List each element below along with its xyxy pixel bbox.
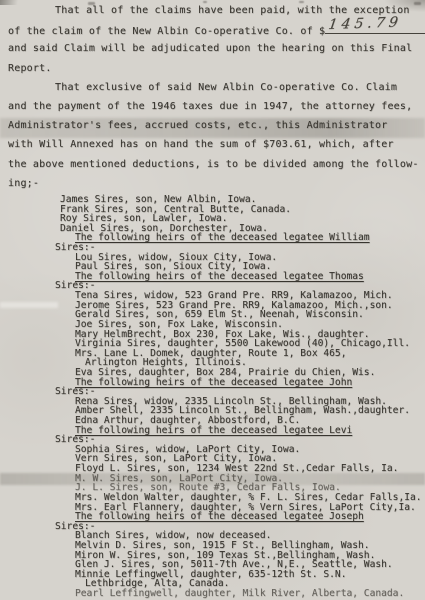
amount-blank-underline: 145.79	[325, 20, 425, 34]
paragraph-line: Report.	[8, 59, 425, 78]
handwritten-claim-amount: 145.79	[327, 13, 403, 35]
scanned-document-page: That all of the claims have been paid, w…	[0, 0, 425, 600]
paragraph-line: with Will Annexed has on hand the sum of…	[8, 135, 425, 154]
paragraph-line: the above mentioned deductions, is to be…	[8, 155, 425, 174]
heirs-list: James Sires, son, New Albin, Iowa.Frank …	[0, 195, 425, 599]
amount-line-prefix: of the claim of the New Albin Co-operati…	[8, 26, 325, 37]
heir-line: Pearl Leffingwell, daughter, Milk River,…	[0, 589, 425, 599]
paragraph-line: Administrator's fees, accrued costs, etc…	[8, 116, 425, 135]
paragraph-line-with-amount: of the claim of the New Albin Co-operati…	[8, 20, 425, 39]
paragraph-line: and said Claim will be adjudicated upon …	[8, 39, 425, 58]
paragraph-line: ing;-	[8, 174, 425, 193]
paragraph-line: That exclusive of said New Albin Co-oper…	[8, 78, 425, 97]
report-paragraphs: That all of the claims have been paid, w…	[8, 1, 425, 193]
paragraph-line: and the payment of the 1946 taxes due in…	[8, 97, 425, 116]
